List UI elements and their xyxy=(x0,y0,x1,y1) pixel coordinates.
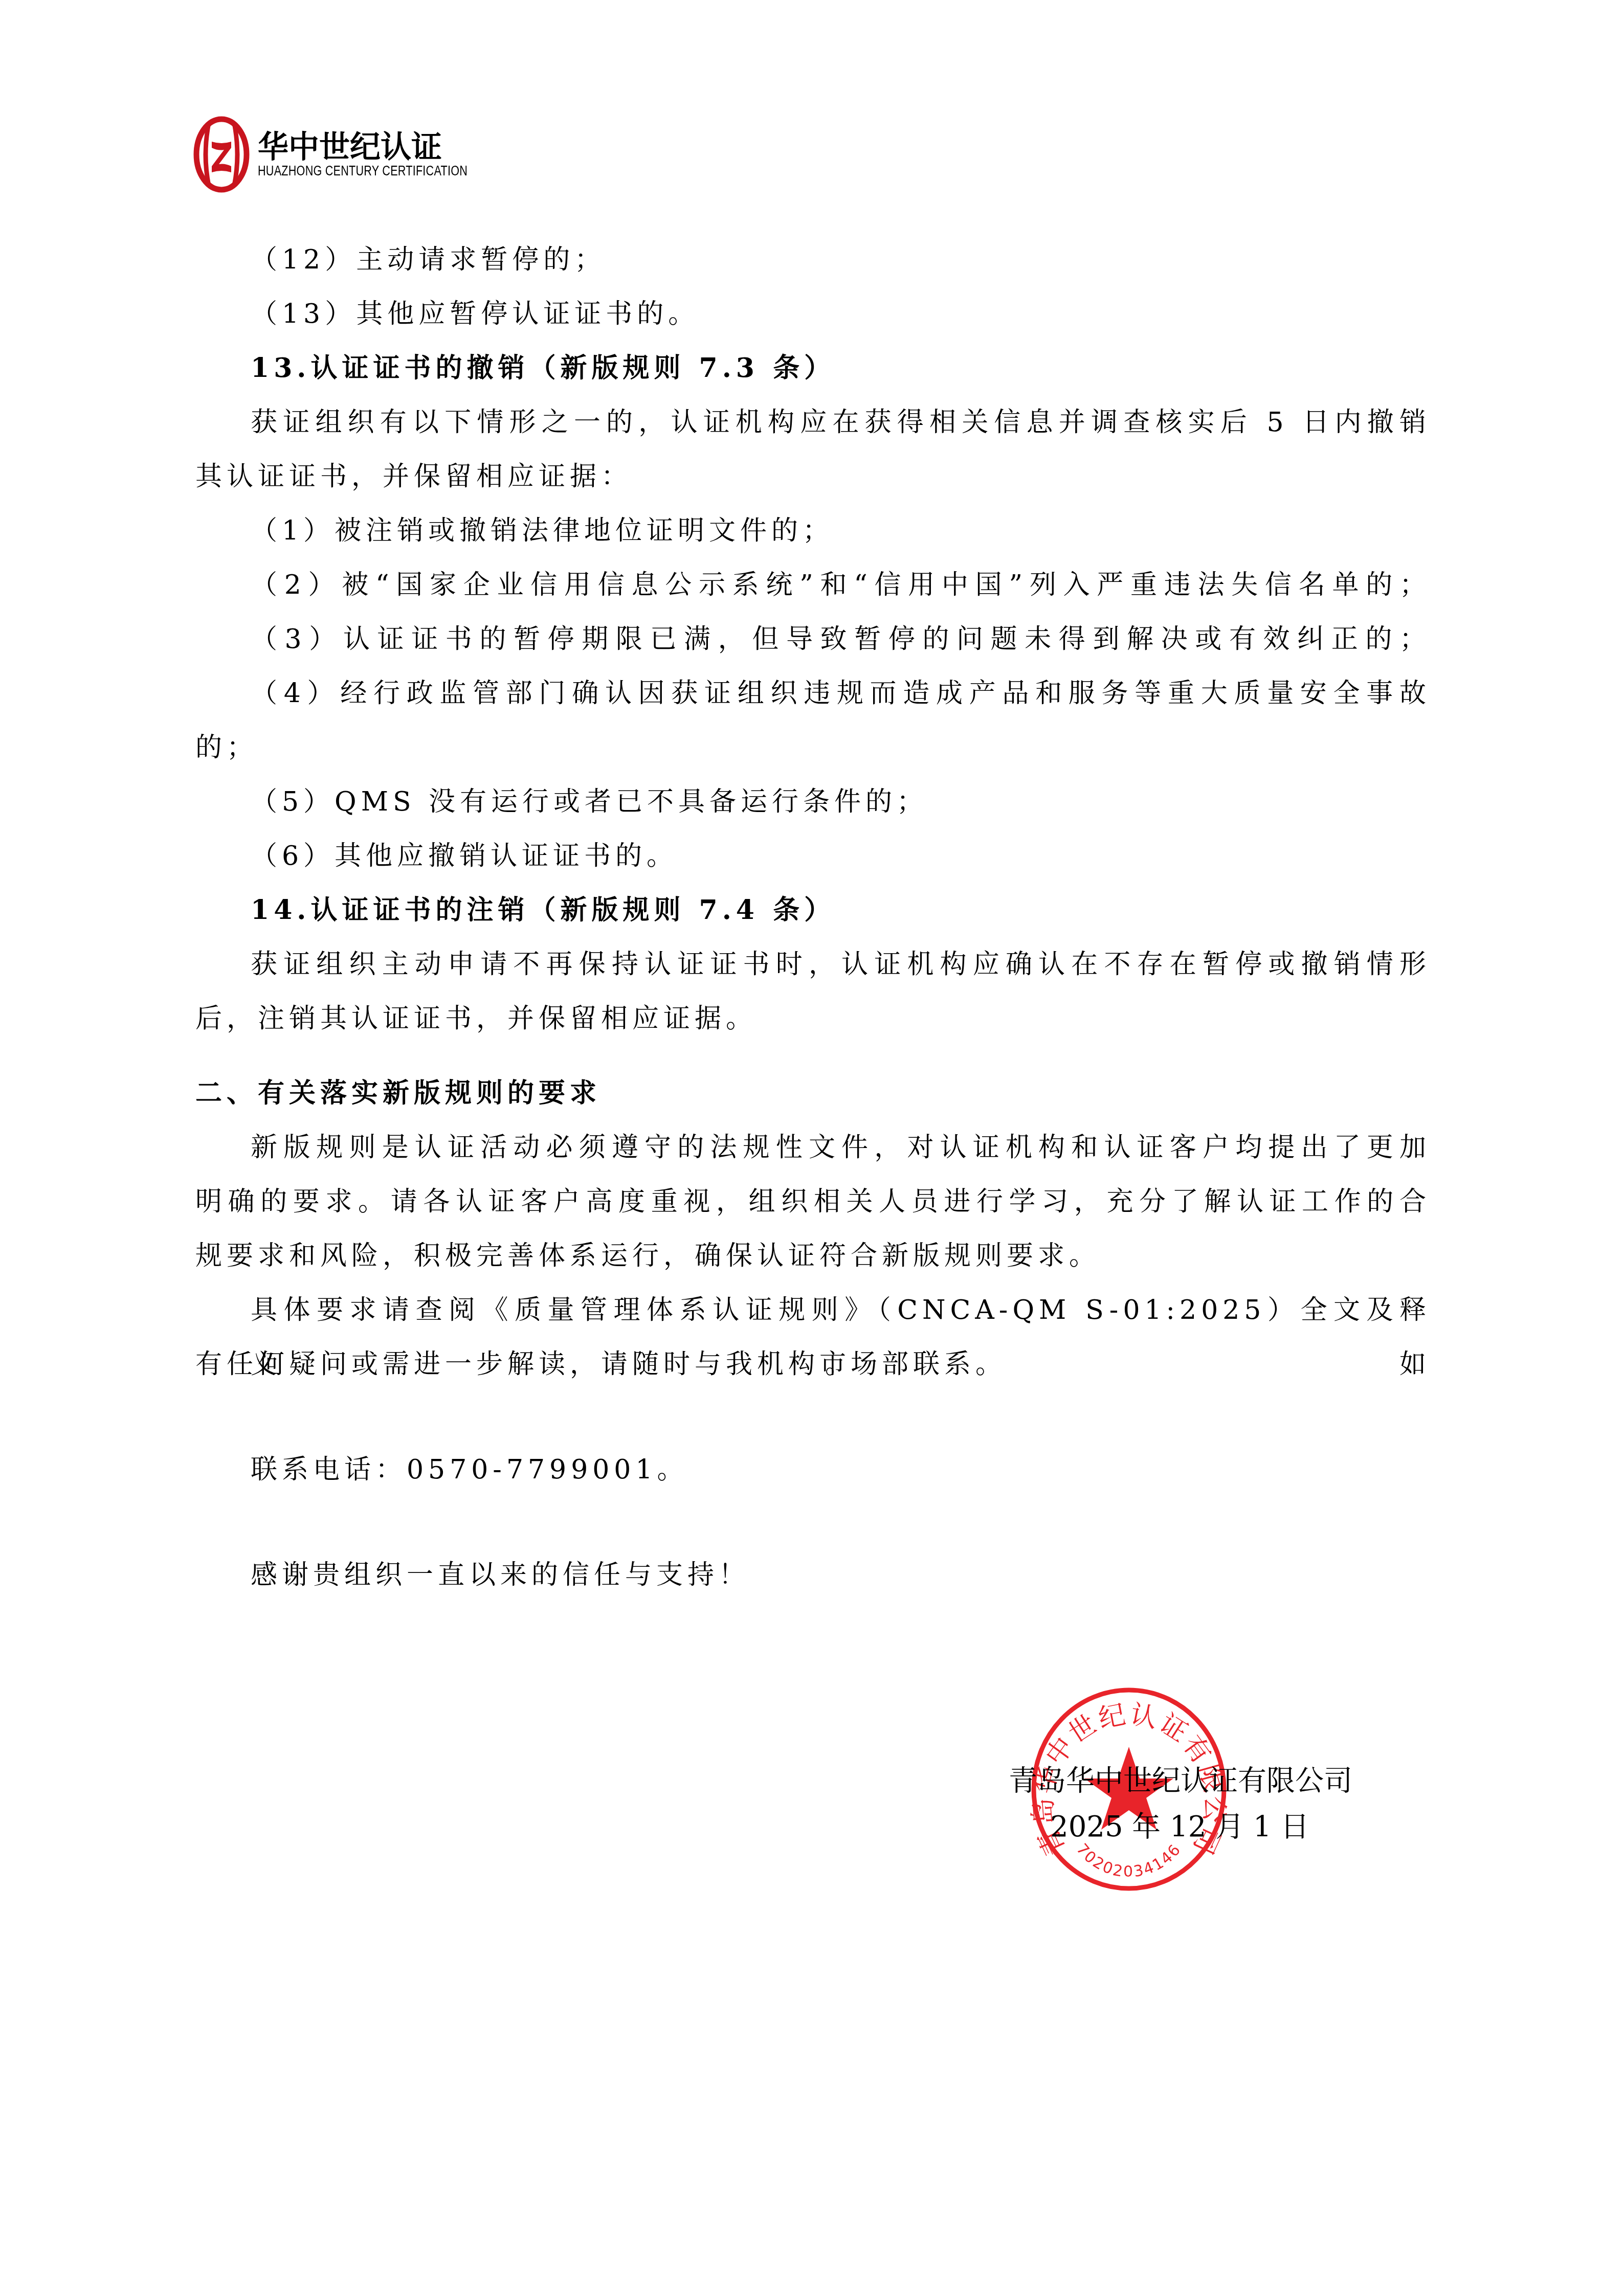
list-item: （3）认证证书的暂停期限已满，但导致暂停的问题未得到解决或有效纠正的； xyxy=(195,612,1431,666)
company-logo: 华中世纪认证 HUAZHONG CENTURY CERTIFICATION xyxy=(193,116,520,193)
spacer xyxy=(195,1497,1431,1548)
spacer xyxy=(195,1046,1431,1066)
list-item: （6）其他应撤销认证证书的。 xyxy=(195,829,1431,883)
paragraph-line: 获证组织有以下情形之一的，认证机构应在获得相关信息并调查核实后 5 日内撤销 xyxy=(195,395,1431,449)
list-item: （1）被注销或撤销法律地位证明文件的； xyxy=(195,504,1431,558)
paragraph-line: 后，注销其认证证书，并保留相应证据。 xyxy=(195,992,1431,1046)
spacer xyxy=(195,1391,1431,1443)
list-item-continuation: 的； xyxy=(195,721,1431,775)
paragraph-line: 其认证证书，并保留相应证据： xyxy=(195,449,1431,504)
logo-en-text: HUAZHONG CENTURY CERTIFICATION xyxy=(258,164,468,178)
part-2-heading: 二、有关落实新版规则的要求 xyxy=(195,1066,1431,1120)
paragraph-line: 具体要求请查阅《质量管理体系认证规则》（CNCA-QM S-01:2025）全文… xyxy=(195,1283,1431,1337)
paragraph-line: 规要求和风险，积极完善体系运行，确保认证符合新版规则要求。 xyxy=(195,1229,1431,1283)
logo-cn-text: 华中世纪认证 xyxy=(258,131,520,164)
list-item: （5）QMS 没有运行或者已不具备运行条件的； xyxy=(195,775,1431,829)
list-item: （12）主动请求暂停的； xyxy=(195,233,1431,287)
list-item: （2）被“国家企业信用信息公示系统”和“信用中国”列入严重违法失信名单的； xyxy=(195,558,1431,612)
signature-date: 2025 年 12 月 1 日 xyxy=(1050,1810,1309,1844)
logo-mark-icon xyxy=(193,116,250,193)
thanks-line: 感谢贵组织一直以来的信任与支持！ xyxy=(195,1548,1431,1602)
document-page: 华中世纪认证 HUAZHONG CENTURY CERTIFICATION （1… xyxy=(0,0,1624,2296)
paragraph-line: 明确的要求。请各认证客户高度重视，组织相关人员进行学习，充分了解认证工作的合 xyxy=(195,1175,1431,1229)
paragraph-line: 获证组织主动申请不再保持认证证书时，认证机构应确认在不存在暂停或撤销情形 xyxy=(195,937,1431,992)
section-14-heading: 14.认证证书的注销（新版规则 7.4 条） xyxy=(195,883,1431,937)
signature-company: 青岛华中世纪认证有限公司 xyxy=(1009,1764,1352,1798)
paragraph-line: 有任何疑问或需进一步解读，请随时与我机构市场部联系。 xyxy=(195,1337,1431,1391)
section-13-heading: 13.认证证书的撤销（新版规则 7.3 条） xyxy=(195,341,1431,395)
list-item: （4）经行政监管部门确认因获证组织违规而造成产品和服务等重大质量安全事故 xyxy=(195,666,1431,721)
list-item: （13）其他应暂停认证证书的。 xyxy=(195,287,1431,341)
document-body: （12）主动请求暂停的； （13）其他应暂停认证证书的。 13.认证证书的撤销（… xyxy=(195,233,1431,1602)
contact-phone: 联系电话：0570-7799001。 xyxy=(195,1443,1431,1497)
paragraph-line: 新版规则是认证活动必须遵守的法规性文件，对认证机构和认证客户均提出了更加 xyxy=(195,1120,1431,1175)
